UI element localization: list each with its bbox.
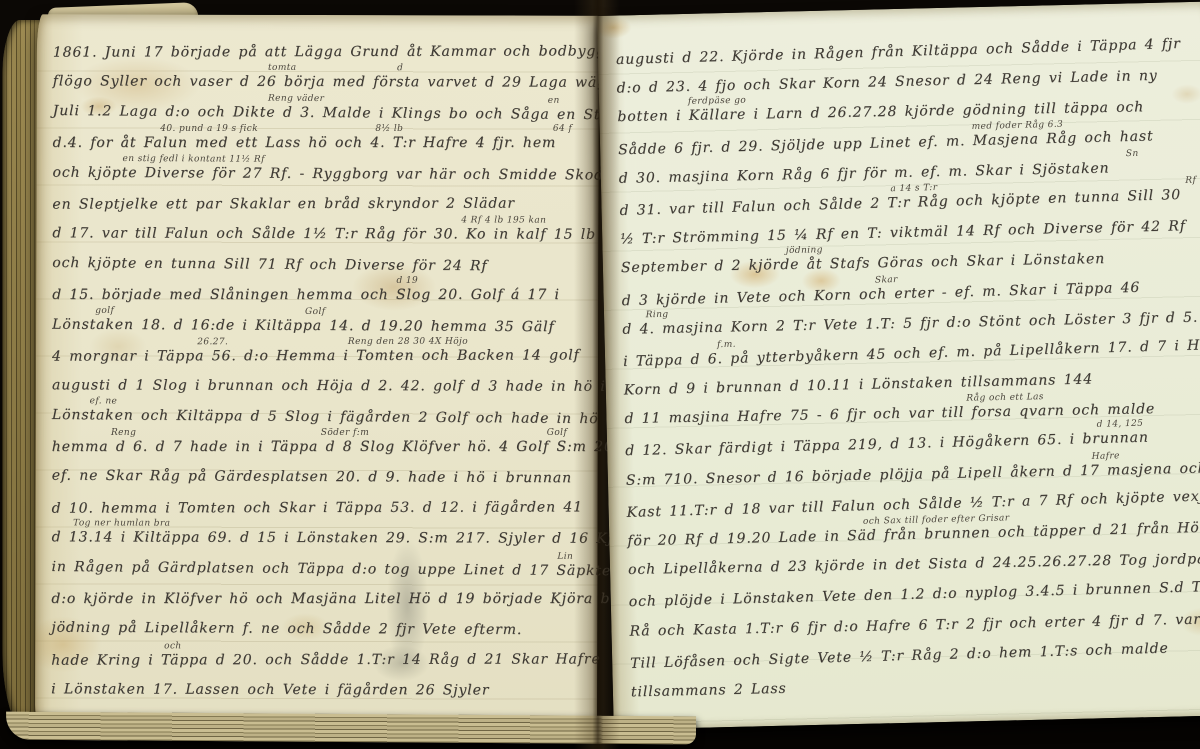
manuscript-line-text: Lönstaken och Kiltäppa d 5 Slog i fägård… [52,407,599,427]
photo-background: 1861. Juni 17 började på att Lägga Grund… [0,0,1200,749]
manuscript-line: i Lönstaken 17. Lassen och Vete i fägård… [51,679,589,711]
manuscript-line-text: d 17. var till Falun och Sålde 1½ T:r Rå… [52,226,623,243]
manuscript-line: d:o kjörde in Klöfver hö och Masjäna Lit… [51,588,589,618]
interlinear-note: Söder f:m [321,428,369,438]
manuscript-line-text: augusti d 1 Slog i brunnan och Höja d 2.… [52,378,606,395]
manuscript-line-text: jödning på Lipellåkern f. ne och Sådde 2… [51,620,522,638]
manuscript-line: d 13.14 i Kiltäppa 69. d 15 i Lönstaken … [52,527,590,559]
interlinear-note: Reng den 28 30 4X Höjo [348,337,468,347]
interlinear-note: 4 Rf 4 lb 195 kan [461,216,546,226]
interlinear-note: Reng väder [268,93,324,103]
manuscript-line: Lönstaken 18. d 16:de i Kiltäppa 14. d 1… [52,313,590,346]
left-page-text: 1861. Juni 17 började på att Lägga Grund… [35,14,599,710]
manuscript-line-text: d 10. hemma i Tomten och Skar i Täppa 53… [52,499,583,516]
manuscript-line-text: d 15. började med Slåningen hemma och Sl… [52,287,560,303]
manuscript-line: d 17. var till Falun och Sålde 1½ T:r Rå… [52,223,590,255]
manuscript-line: Juli 1.2 Laga d:o och Dikte d 3. Malde i… [53,100,591,134]
manuscript-line-text: ef. ne Skar Råg på Gärdesplatsen 20. d 9… [52,468,572,487]
interlinear-note: jödning [786,246,823,257]
manuscript-line-text: Lönstaken 18. d 16:de i Kiltäppa 14. d 1… [52,316,555,335]
interlinear-note: a 14 s T:r [890,183,937,194]
right-page-text: augusti d 22. Kjörde in Rågen från Kiltä… [597,2,1200,712]
book-gutter [574,0,620,749]
interlinear-note: Sn [1126,149,1139,159]
manuscript-line: augusti d 1 Slog i brunnan och Höja d 2.… [52,375,590,407]
manuscript-line: och kjöpte Diverse för 27 Rf. - Ryggborg… [52,161,590,194]
manuscript-line: jödning på Lipellåkern f. ne och Sådde 2… [51,617,589,650]
interlinear-note: Golf [305,306,325,316]
interlinear-note: med foder Råg 6.3 [972,119,1064,131]
interlinear-note: Golf [547,428,567,438]
interlinear-note: 40. pund a 19 s fick [160,124,258,134]
interlinear-note: tomta [268,63,297,73]
interlinear-note: ef. ne [90,396,118,406]
manuscript-line-text: 1861. Juni 17 började på att Lägga Grund… [53,43,625,60]
manuscript-line: 4 morgnar i Täppa 56. d:o Hemma i Tomten… [52,344,590,376]
interlinear-note: Lin [557,551,573,561]
interlinear-note: d 19 [397,276,419,286]
manuscript-line-text: hemma d 6. d 7 hade in i Täppa d 8 Slog … [52,439,629,455]
manuscript-line-text: 4 morgnar i Täppa 56. d:o Hemma i Tomten… [52,347,580,364]
manuscript-line-text: September d 2 kjörde åt Stafs Göras och … [621,251,1105,276]
interlinear-note: Reng [111,428,136,438]
manuscript-line-text: d 13.14 i Kiltäppa 69. d 15 i Lönstaken … [52,530,630,548]
interlinear-note: d [397,64,403,74]
manuscript-line-text: i Lönstaken 17. Lassen och Vete i fägård… [51,682,489,699]
manuscript-line-text: d.4. for åt Falun med ett Lass hö och 4.… [53,135,557,151]
interlinear-note: d 14, 125 [1097,419,1144,430]
manuscript-line-text: tillsammans 2 Lass [631,681,787,701]
interlinear-note: Ring [646,309,669,319]
manuscript-line: 1861. Juni 17 började på att Lägga Grund… [53,40,591,72]
interlinear-note: en [548,95,560,105]
interlinear-note: Rf [1185,175,1196,185]
interlinear-note: 8½ lb [375,124,403,134]
right-page: augusti d 22. Kjörde in Rågen från Kiltä… [597,2,1200,730]
interlinear-note: Råg och ett Las [966,392,1044,403]
interlinear-note: ferdpäse go [688,96,746,107]
left-page: 1861. Juni 17 började på att Lägga Grund… [35,14,599,735]
manuscript-line: ef. ne Skar Råg på Gärdesplatsen 20. d 9… [52,465,590,498]
interlinear-note: golf [95,305,114,315]
interlinear-note: en stig fedl i kontant 11½ Rf [123,154,265,165]
manuscript-line-text: augusti d 22. Kjörde in Rågen från Kiltä… [616,36,1181,68]
interlinear-note: 64 f [553,124,572,134]
manuscript-line-text: en Sleptjelke ett par Skaklar en bråd sk… [52,196,515,213]
interlinear-note: f.m. [717,340,736,351]
manuscript-line-text: Juli 1.2 Laga d:o och Dikte d 3. Malde i… [53,103,628,123]
interlinear-note: Hafre [1092,451,1120,462]
manuscript-line: hade Kring i Täppa d 20. och Sådde 1.T:r… [51,648,589,680]
manuscript-line: och kjöpte en tunna Sill 71 Rf och Diver… [52,252,590,286]
manuscript-line-text: och kjöpte en tunna Sill 71 Rf och Diver… [52,255,487,274]
interlinear-note: och [164,641,181,651]
manuscript-line-text: hade Kring i Täppa d 20. och Sådde 1.T:r… [51,651,600,668]
manuscript-line-text: d:o kjörde in Klöfver hö och Masjäna Lit… [51,591,619,607]
manuscript-line: hemma d 6. d 7 hade in i Täppa d 8 Slog … [52,436,590,466]
interlinear-note: Tog ner humlan bra [73,519,170,529]
interlinear-note: Skar [875,275,898,286]
manuscript-line: in Rågen på Gärdplatsen och Täppa d:o to… [51,556,589,590]
interlinear-note: 26.27. [197,337,228,347]
manuscript-line-text: och kjöpte Diverse för 27 Rf. - Ryggborg… [53,164,650,183]
manuscript-line-text: flögo Syller och vaser d 26 börja med fö… [53,74,617,91]
